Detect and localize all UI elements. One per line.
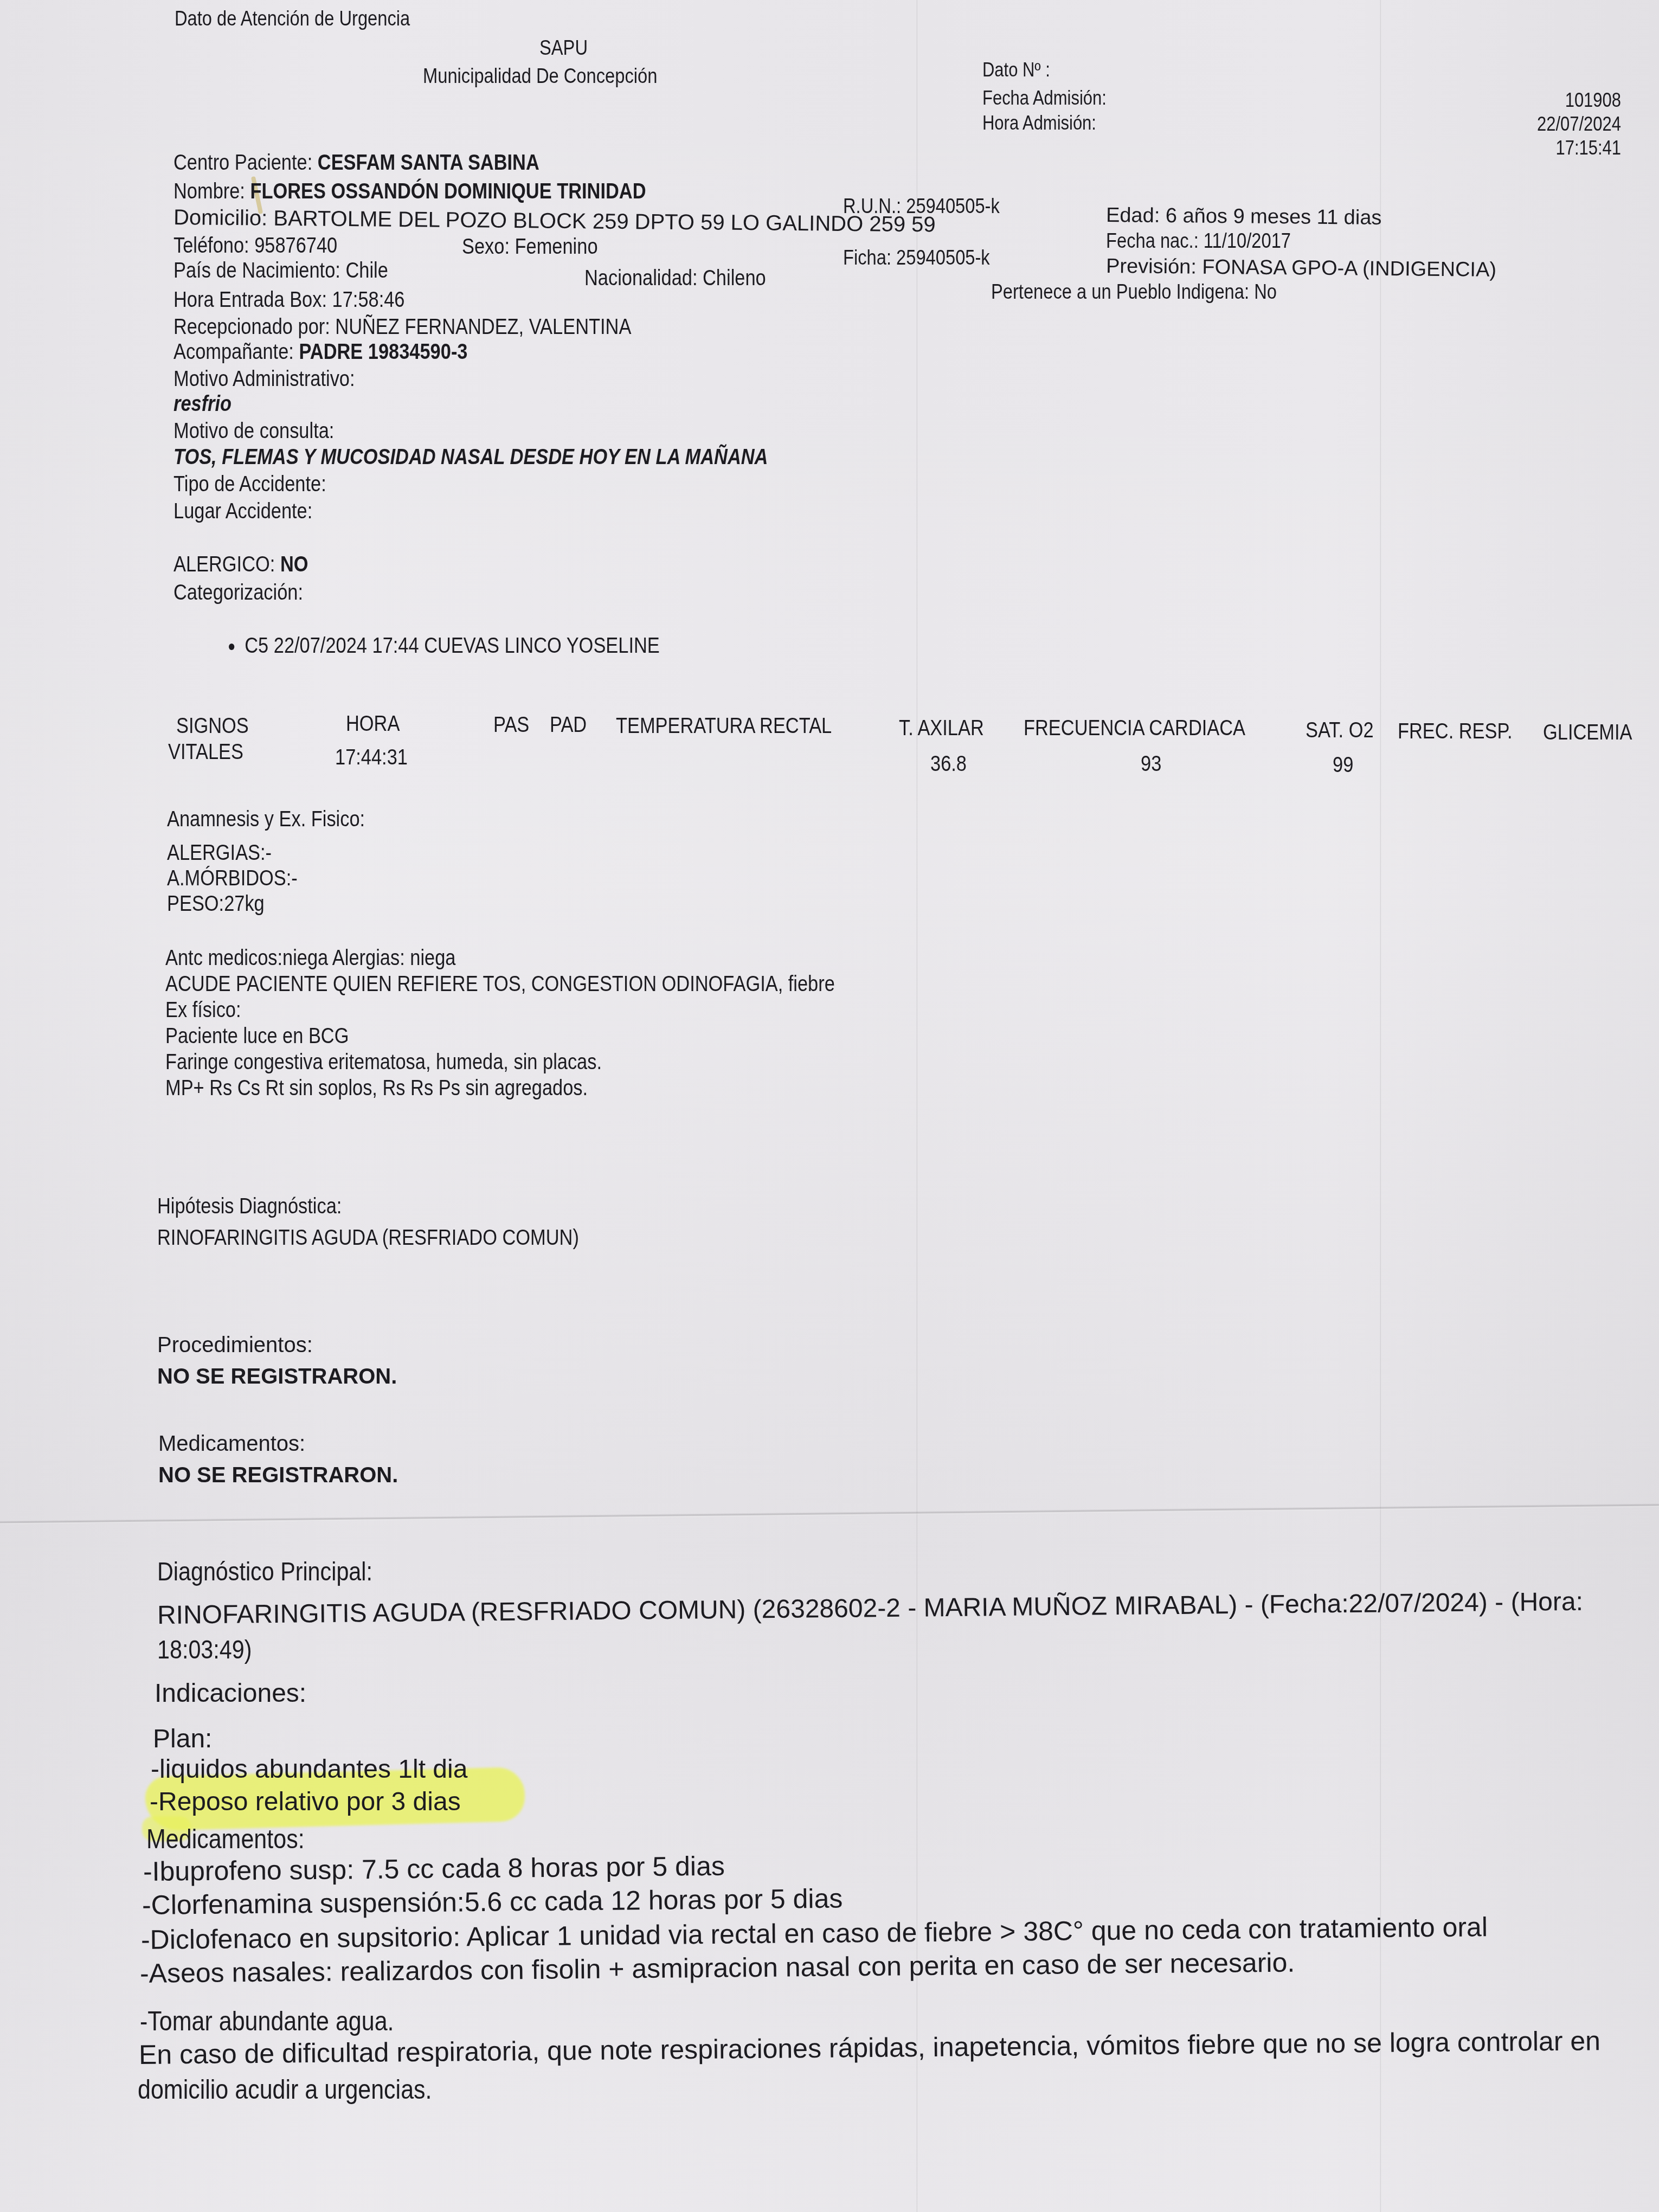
vitals-col-frec-resp: FREC. RESP. bbox=[1398, 719, 1513, 744]
hipotesis-label: Hipótesis Diagnóstica: bbox=[157, 1194, 342, 1219]
hora-admision-value: 17:15:41 bbox=[1486, 137, 1621, 159]
anamnesis-line: ALERGIAS:- bbox=[167, 840, 272, 865]
motivo-admin-value: resfrio bbox=[173, 391, 232, 416]
hora-box-value: 17:58:46 bbox=[332, 288, 405, 312]
dato-label: Dato Nº : bbox=[982, 59, 1050, 81]
nombre-field: Nombre: FLORES OSSANDÓN DOMINIQUE TRINID… bbox=[173, 179, 646, 204]
alergico-value: NO bbox=[280, 552, 308, 576]
vitals-col-glicemia: GLICEMIA bbox=[1543, 720, 1632, 745]
vitals-col-pad: PAD bbox=[550, 712, 587, 737]
nacionalidad-value: Chileno bbox=[703, 266, 766, 290]
ficha-value: 25940505-k bbox=[896, 247, 990, 269]
sexo-value: Femenino bbox=[515, 235, 598, 259]
prevision-value: FONASA GPO-A (INDIGENCIA) bbox=[1202, 256, 1496, 281]
bullet-icon bbox=[229, 644, 234, 650]
municipality-name: Municipalidad De Concepción bbox=[423, 65, 657, 89]
medication-item: -Ibuprofeno susp: 7.5 cc cada 8 horas po… bbox=[143, 1851, 725, 1888]
fecha-nac-field: Fecha nac.: 11/10/2017 bbox=[1106, 230, 1291, 254]
telefono-value: 95876740 bbox=[254, 234, 337, 258]
motivo-admin-label: Motivo Administrativo: bbox=[173, 366, 355, 391]
warning-line2: domicilio acudir a urgencias. bbox=[138, 2074, 432, 2106]
diagnostico-principal-line2: 18:03:49) bbox=[157, 1635, 252, 1665]
acompanante-value: PADRE 19834590-3 bbox=[299, 340, 467, 364]
centro-paciente-label: Centro Paciente: bbox=[173, 151, 312, 175]
telefono-field: Teléfono: 95876740 bbox=[173, 233, 337, 258]
vitals-value-hora: 17:44:31 bbox=[335, 745, 408, 770]
dato-value: 101908 bbox=[1486, 89, 1621, 111]
categorizacion-entry: C5 22/07/2024 17:44 CUEVAS LINCO YOSELIN… bbox=[229, 633, 660, 658]
anamnesis-line: A.MÓRBIDOS:- bbox=[167, 866, 298, 891]
institution-name: SAPU bbox=[539, 37, 588, 61]
procedimientos-label: Procedimientos: bbox=[157, 1333, 313, 1358]
diagnostico-principal-label: Diagnóstico Principal: bbox=[157, 1557, 372, 1587]
anamnesis-line: Ex físico: bbox=[165, 998, 241, 1023]
vitals-col-temperatura-rectal: TEMPERATURA RECTAL bbox=[616, 713, 832, 738]
ficha-label: Ficha: bbox=[843, 247, 891, 269]
hora-box-label: Hora Entrada Box: bbox=[173, 288, 327, 312]
anamnesis-line: Faringe congestiva eritematosa, humeda, … bbox=[165, 1050, 602, 1075]
indic-medicamentos-label: Medicamentos: bbox=[146, 1824, 305, 1855]
edad-field: Edad: 6 años 9 meses 11 dias bbox=[1106, 204, 1382, 230]
nacionalidad-field: Nacionalidad: Chileno bbox=[584, 266, 766, 291]
anamnesis-line: PESO:27kg bbox=[167, 891, 265, 916]
medicamentos-label: Medicamentos: bbox=[158, 1431, 305, 1456]
alergico-label: ALERGICO: bbox=[173, 552, 275, 576]
edad-value: 6 años 9 meses 11 dias bbox=[1166, 204, 1382, 229]
plan-item-highlighted: -Reposo relativo por 3 dias bbox=[150, 1787, 461, 1817]
acompanante-field: Acompañante: PADRE 19834590-3 bbox=[173, 339, 467, 364]
plan-item: -liquidos abundantes 1lt dia bbox=[151, 1754, 467, 1784]
nombre-label: Nombre: bbox=[173, 179, 245, 203]
categorizacion-text: C5 22/07/2024 17:44 CUEVAS LINCO YOSELIN… bbox=[245, 634, 660, 658]
sexo-label: Sexo: bbox=[462, 235, 510, 259]
sexo-field: Sexo: Femenino bbox=[462, 234, 598, 259]
vitals-col-sat-o2: SAT. O2 bbox=[1306, 718, 1374, 743]
alergico-field: ALERGICO: NO bbox=[173, 552, 308, 577]
vitals-value-frecuencia-cardiaca: 93 bbox=[1141, 751, 1161, 776]
centro-paciente-value: CESFAM SANTA SABINA bbox=[318, 151, 539, 175]
plan-label: Plan: bbox=[153, 1724, 212, 1754]
pais-nacimiento-field: País de Nacimiento: Chile bbox=[173, 258, 388, 283]
run-field: R.U.N.: 25940505-k bbox=[843, 195, 1000, 219]
recepcionado-field: Recepcionado por: NUÑEZ FERNANDEZ, VALEN… bbox=[173, 314, 631, 339]
hora-box-field: Hora Entrada Box: 17:58:46 bbox=[173, 287, 404, 312]
vitals-col-hora: HORA bbox=[346, 711, 400, 736]
tipo-accidente-label: Tipo de Accidente: bbox=[173, 472, 326, 497]
centro-paciente-field: Centro Paciente: CESFAM SANTA SABINA bbox=[173, 150, 539, 175]
anamnesis-line: MP+ Rs Cs Rt sin soplos, Rs Rs Ps sin ag… bbox=[165, 1076, 588, 1101]
pueblo-indigena-label: Pertenece a un Pueblo Indigena: bbox=[991, 281, 1249, 304]
pais-nacimiento-value: Chile bbox=[345, 259, 388, 282]
nombre-value: FLORES OSSANDÓN DOMINIQUE TRINIDAD bbox=[250, 179, 646, 203]
lugar-accidente-label: Lugar Accidente: bbox=[173, 499, 312, 524]
prevision-label: Previsión: bbox=[1106, 255, 1197, 279]
anamnesis-label: Anamnesis y Ex. Fisico: bbox=[167, 807, 365, 832]
fecha-nac-value: 11/10/2017 bbox=[1204, 230, 1291, 253]
anamnesis-line: ACUDE PACIENTE QUIEN REFIERE TOS, CONGES… bbox=[165, 972, 835, 996]
medication-item: -Tomar abundante agua. bbox=[140, 2006, 394, 2037]
run-value: 25940505-k bbox=[906, 195, 1000, 218]
motivo-consulta-value: TOS, FLEMAS Y MUCOSIDAD NASAL DESDE HOY … bbox=[173, 445, 768, 470]
procedimientos-value: NO SE REGISTRARON. bbox=[157, 1364, 397, 1389]
vitals-label-line1: SIGNOS bbox=[176, 713, 249, 738]
fecha-admision-value: 22/07/2024 bbox=[1486, 113, 1621, 135]
vitals-col-pas: PAS bbox=[493, 712, 529, 737]
paper-fold-vertical bbox=[1380, 0, 1381, 2212]
domicilio-label: Domicilio: bbox=[173, 205, 268, 230]
nacionalidad-label: Nacionalidad: bbox=[584, 266, 697, 290]
edad-label: Edad: bbox=[1106, 204, 1160, 227]
document-title: Dato de Atención de Urgencia bbox=[175, 8, 410, 31]
pueblo-indigena-field: Pertenece a un Pueblo Indigena: No bbox=[991, 281, 1277, 305]
hora-admision-label: Hora Admisión: bbox=[982, 112, 1096, 134]
ficha-field: Ficha: 25940505-k bbox=[843, 247, 990, 271]
recepcionado-value: NUÑEZ FERNANDEZ, VALENTINA bbox=[335, 315, 631, 339]
vitals-value-sat-o2: 99 bbox=[1333, 753, 1353, 777]
run-label: R.U.N.: bbox=[843, 195, 901, 218]
vitals-value-t-axilar: 36.8 bbox=[930, 751, 967, 776]
vitals-col-t-axilar: T. AXILAR bbox=[899, 716, 984, 741]
acompanante-label: Acompañante: bbox=[173, 340, 294, 364]
recepcionado-label: Recepcionado por: bbox=[173, 315, 330, 339]
telefono-label: Teléfono: bbox=[173, 234, 249, 258]
vitals-label-line2: VITALES bbox=[168, 740, 243, 764]
anamnesis-line: Paciente luce en BCG bbox=[165, 1024, 349, 1049]
fecha-admision-label: Fecha Admisión: bbox=[982, 87, 1107, 109]
medicamentos-value: NO SE REGISTRARON. bbox=[158, 1463, 398, 1488]
pais-nacimiento-label: País de Nacimiento: bbox=[173, 259, 340, 282]
prevision-field: Previsión: FONASA GPO-A (INDIGENCIA) bbox=[1106, 255, 1496, 282]
indicaciones-label: Indicaciones: bbox=[155, 1679, 306, 1708]
motivo-consulta-label: Motivo de consulta: bbox=[173, 419, 334, 443]
pueblo-indigena-value: No bbox=[1254, 281, 1277, 304]
fecha-nac-label: Fecha nac.: bbox=[1106, 230, 1199, 253]
paper-fold-vertical bbox=[916, 0, 918, 2212]
anamnesis-line: Antc medicos:niega Alergias: niega bbox=[165, 946, 455, 970]
vitals-col-frecuencia-cardiaca: FRECUENCIA CARDIACA bbox=[1024, 716, 1245, 741]
categorizacion-label: Categorización: bbox=[173, 580, 303, 605]
hipotesis-value: RINOFARINGITIS AGUDA (RESFRIADO COMUN) bbox=[157, 1225, 579, 1250]
